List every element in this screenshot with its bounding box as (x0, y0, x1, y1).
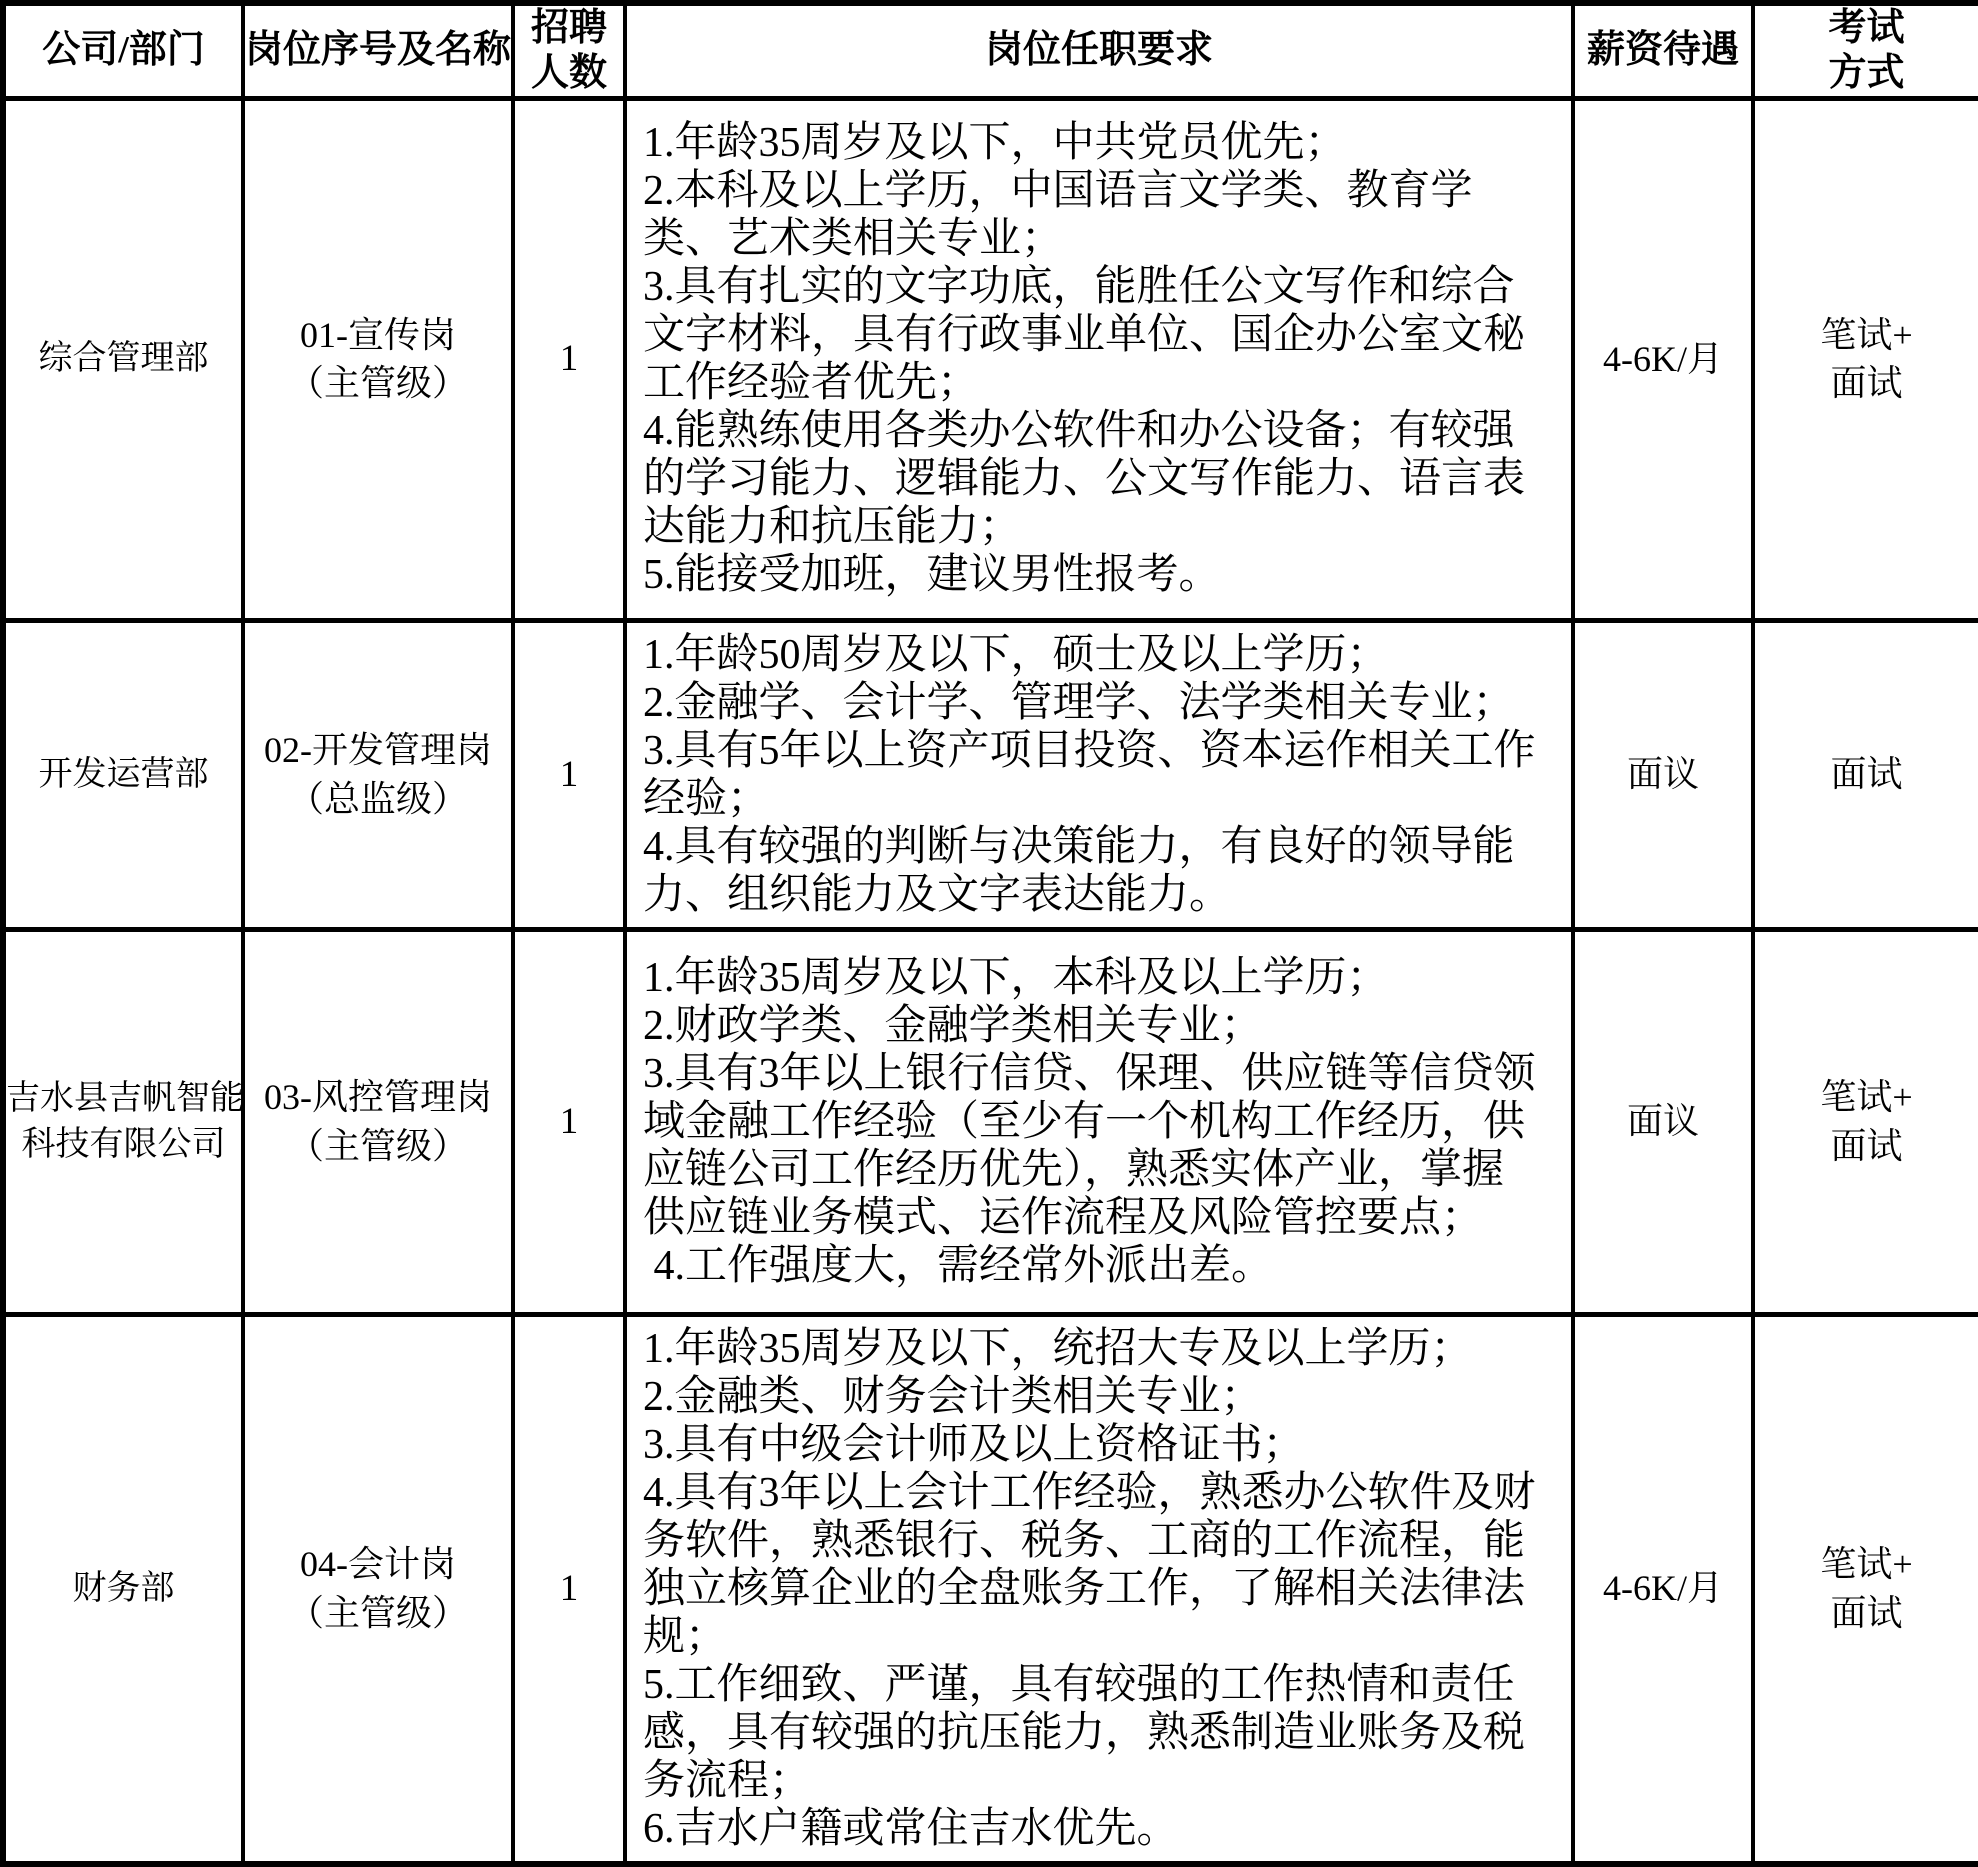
requirement-item: 2.财政学类、金融学类相关专业； (643, 1002, 1545, 1050)
header-exam: 考试 方式 (1753, 3, 1978, 98)
salary-cell: 4-6K/月 (1573, 1314, 1753, 1864)
header-row: 公司/部门 岗位序号及名称 招聘 人数 岗位任职要求 薪资待遇 考试 方式 (3, 3, 1978, 98)
header-position: 岗位序号及名称 (243, 3, 513, 98)
requirement-item: 3.具有中级会计师及以上资格证书； (643, 1421, 1545, 1469)
requirement-item: 1.年龄35周岁及以下，统招大专及以上学历； (643, 1325, 1545, 1373)
exam-cell: 笔试+ 面试 (1753, 929, 1978, 1314)
header-requirements: 岗位任职要求 (625, 3, 1573, 98)
requirement-item: 1.年龄35周岁及以下，中共党员优先； (643, 119, 1545, 167)
requirement-item: 5.工作细致、严谨，具有较强的工作热情和责任感，具有较强的抗压能力，熟悉制造业账… (643, 1661, 1545, 1805)
requirements-cell: 1.年龄50周岁及以下，硕士及以上学历； 2.金融学、会计学、管理学、法学类相关… (625, 620, 1573, 929)
position-cell: 01-宣传岗 （主管级） (243, 98, 513, 620)
department-cell: 综合管理部 (3, 98, 243, 620)
salary-cell: 面议 (1573, 929, 1753, 1314)
requirement-item: 1.年龄35周岁及以下，本科及以上学历； (643, 954, 1545, 1002)
requirement-item: 3.具有5年以上资产项目投资、资本运作相关工作经验； (643, 727, 1545, 823)
requirements-cell: 1.年龄35周岁及以下，统招大专及以上学历； 2.金融类、财务会计类相关专业； … (625, 1314, 1573, 1864)
requirement-item: 5.能接受加班，建议男性报考。 (643, 551, 1545, 599)
exam-cell: 面试 (1753, 620, 1978, 929)
requirement-item: 2.金融学、会计学、管理学、法学类相关专业； (643, 679, 1545, 727)
recruitment-table: 公司/部门 岗位序号及名称 招聘 人数 岗位任职要求 薪资待遇 考试 方式 综合… (0, 0, 1978, 1867)
department-cell: 开发运营部 (3, 620, 243, 929)
department-cell: 财务部 (3, 1314, 243, 1864)
requirement-item: 3.具有扎实的文字功底，能胜任公文写作和综合文字材料，具有行政事业单位、国企办公… (643, 263, 1545, 407)
department-cell: 吉水县吉帆智能 科技有限公司 (3, 929, 243, 1314)
table-row-04: 财务部 04-会计岗 （主管级） 1 1.年龄35周岁及以下，统招大专及以上学历… (3, 1314, 1978, 1864)
requirement-item: 4.工作强度大，需经常外派出差。 (643, 1242, 1545, 1290)
position-cell: 02-开发管理岗 （总监级） (243, 620, 513, 929)
salary-cell: 4-6K/月 (1573, 98, 1753, 620)
headcount-cell: 1 (513, 98, 625, 620)
header-salary: 薪资待遇 (1573, 3, 1753, 98)
salary-cell: 面议 (1573, 620, 1753, 929)
requirement-item: 4.能熟练使用各类办公软件和办公设备；有较强的学习能力、逻辑能力、公文写作能力、… (643, 407, 1545, 551)
requirement-item: 4.具有3年以上会计工作经验，熟悉办公软件及财务软件，熟悉银行、税务、工商的工作… (643, 1469, 1545, 1661)
table-row-03: 吉水县吉帆智能 科技有限公司 03-风控管理岗 （主管级） 1 1.年龄35周岁… (3, 929, 1978, 1314)
exam-cell: 笔试+ 面试 (1753, 1314, 1978, 1864)
headcount-cell: 1 (513, 1314, 625, 1864)
requirement-item: 4.具有较强的判断与决策能力，有良好的领导能力、组织能力及文字表达能力。 (643, 823, 1545, 919)
table-row-02: 开发运营部 02-开发管理岗 （总监级） 1 1.年龄50周岁及以下，硕士及以上… (3, 620, 1978, 929)
requirement-item: 1.年龄50周岁及以下，硕士及以上学历； (643, 631, 1545, 679)
position-cell: 04-会计岗 （主管级） (243, 1314, 513, 1864)
recruitment-table-page: 公司/部门 岗位序号及名称 招聘 人数 岗位任职要求 薪资待遇 考试 方式 综合… (0, 0, 1978, 1820)
requirement-item: 2.本科及以上学历，中国语言文学类、教育学类、艺术类相关专业； (643, 167, 1545, 263)
requirement-item: 2.金融类、财务会计类相关专业； (643, 1373, 1545, 1421)
header-department: 公司/部门 (3, 3, 243, 98)
header-headcount: 招聘 人数 (513, 3, 625, 98)
headcount-cell: 1 (513, 929, 625, 1314)
requirement-item: 6.吉水户籍或常住吉水优先。 (643, 1805, 1545, 1853)
requirements-cell: 1.年龄35周岁及以下，本科及以上学历； 2.财政学类、金融学类相关专业； 3.… (625, 929, 1573, 1314)
headcount-cell: 1 (513, 620, 625, 929)
requirement-item: 3.具有3年以上银行信贷、保理、供应链等信贷领域金融工作经验（至少有一个机构工作… (643, 1050, 1545, 1242)
position-cell: 03-风控管理岗 （主管级） (243, 929, 513, 1314)
requirements-cell: 1.年龄35周岁及以下，中共党员优先； 2.本科及以上学历，中国语言文学类、教育… (625, 98, 1573, 620)
table-row-01: 综合管理部 01-宣传岗 （主管级） 1 1.年龄35周岁及以下，中共党员优先；… (3, 98, 1978, 620)
exam-cell: 笔试+ 面试 (1753, 98, 1978, 620)
